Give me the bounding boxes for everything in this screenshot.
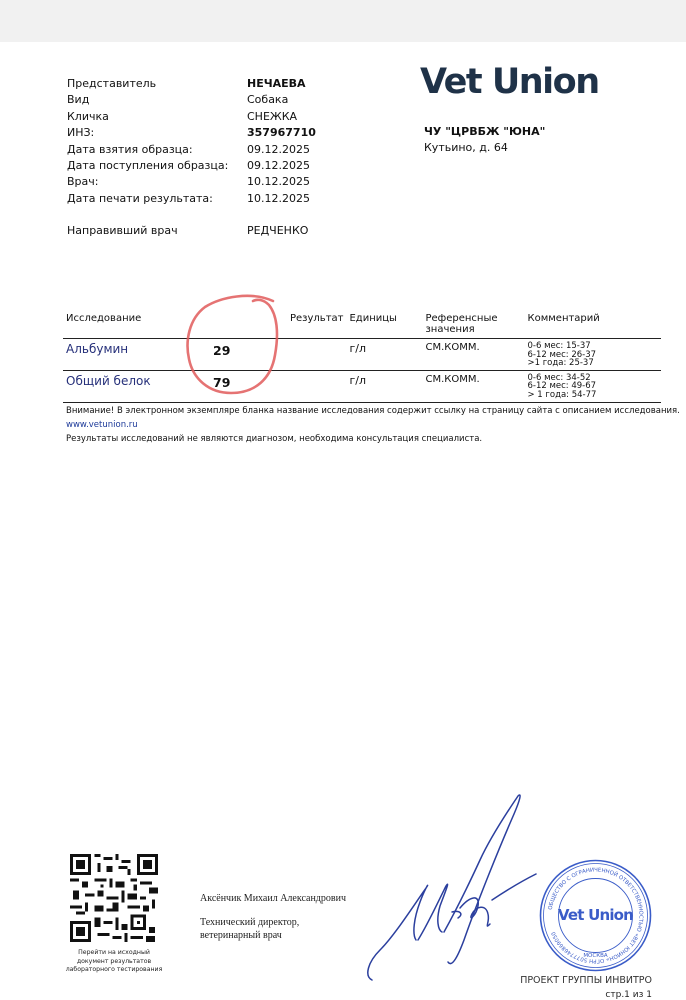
info-value: РЕДЧЕНКО	[247, 223, 308, 239]
info-value: 09.12.2025	[247, 142, 310, 158]
organization-name: ЧУ "ЦРВБЖ "ЮНА"	[424, 124, 545, 140]
test-link-total-protein[interactable]: Общий белок	[66, 374, 151, 388]
attention-note: Внимание! В электронном экземпляре бланк…	[66, 404, 680, 418]
header-test: Исследование	[63, 312, 207, 339]
info-row-inz: ИНЗ: 357967710	[67, 125, 316, 141]
viewer-top-bar	[0, 0, 686, 42]
info-value: 10.12.2025	[247, 174, 310, 190]
info-value: 09.12.2025	[247, 158, 310, 174]
page-number: стр.1 из 1	[520, 988, 652, 1000]
info-row-representative: Представитель НЕЧАЕВА	[67, 76, 316, 92]
info-label: Дата поступления образца:	[67, 158, 247, 174]
table-row: Общий белок 79 г/л СМ.КОММ. 0-6 мес: 34-…	[63, 370, 661, 402]
info-label: Представитель	[67, 76, 247, 92]
company-stamp: ОБЩЕСТВО С ОГРАНИЧЕННОЙ ОТВЕТСТВЕННОСТЬЮ…	[538, 858, 653, 973]
header-units: Единицы	[346, 312, 422, 339]
results-header-row: Исследование Результат Единицы Референсн…	[63, 312, 661, 339]
info-label: Направивший врач	[67, 223, 247, 239]
comment-cell: 0-6 мес: 15-37 6-12 мес: 26-37 >1 года: …	[524, 339, 661, 371]
website-link[interactable]: www.vetunion.ru	[66, 420, 138, 430]
info-value: 10.12.2025	[247, 191, 310, 207]
info-label: ИНЗ:	[67, 125, 247, 141]
disclaimer-note: Результаты исследований не являются диаг…	[66, 432, 680, 446]
header-reference: Референсные значения	[422, 312, 524, 339]
info-value: СНЕЖКА	[247, 109, 297, 125]
reference-value: СМ.КОММ.	[425, 374, 479, 385]
result-value: 29	[210, 343, 230, 358]
info-value: Собака	[247, 92, 288, 108]
signer-name: Аксёнчик Михаил Александрович	[200, 893, 346, 904]
info-row-nickname: Кличка СНЕЖКА	[67, 109, 316, 125]
test-link-albumin[interactable]: Альбумин	[66, 342, 128, 356]
info-label: Дата взятия образца:	[67, 142, 247, 158]
results-table: Исследование Результат Единицы Референсн…	[63, 312, 661, 403]
organization-address: Кутьино, д. 64	[424, 140, 545, 156]
footer: ПРОЕКТ ГРУППЫ ИНВИТРО стр.1 из 1	[520, 974, 652, 1000]
info-value: НЕЧАЕВА	[247, 76, 306, 92]
info-row-sample-date: Дата взятия образца: 09.12.2025	[67, 142, 316, 158]
stamp-center-text: Vet Union	[558, 906, 633, 924]
info-label: Дата печати результата:	[67, 191, 247, 207]
info-row-doctor: Врач: 10.12.2025	[67, 174, 316, 190]
info-label: Врач:	[67, 174, 247, 190]
result-value: 79	[210, 375, 230, 390]
table-row: Альбумин 29 г/л СМ.КОММ. 0-6 мес: 15-37 …	[63, 339, 661, 371]
reference-value: СМ.КОММ.	[425, 342, 479, 353]
info-row-species: Вид Собака	[67, 92, 316, 108]
signer-position: Технический директор, ветеринарный врач	[200, 916, 346, 942]
units-value: г/л	[349, 342, 366, 355]
vet-union-logo: Vet Union	[420, 62, 599, 102]
info-label: Кличка	[67, 109, 247, 125]
stamp-city: МОСКВА	[583, 953, 608, 959]
info-row-referring-doctor: Направивший врач РЕДЧЕНКО	[67, 223, 316, 239]
qr-caption: Перейти на исходный документ результатов…	[58, 949, 170, 975]
info-row-print-date: Дата печати результата: 10.12.2025	[67, 191, 316, 207]
header-comment: Комментарий	[524, 312, 661, 339]
info-value: 357967710	[247, 125, 316, 141]
patient-info: Представитель НЕЧАЕВА Вид Собака Кличка …	[67, 76, 316, 240]
header-result: Результат	[207, 312, 346, 339]
qr-code[interactable]	[70, 854, 158, 942]
info-row-receipt-date: Дата поступления образца: 09.12.2025	[67, 158, 316, 174]
signer-block: Аксёнчик Михаил Александрович Технически…	[200, 893, 346, 942]
organization-block: ЧУ "ЦРВБЖ "ЮНА" Кутьино, д. 64	[424, 124, 545, 156]
info-label: Вид	[67, 92, 247, 108]
notes-block: Внимание! В электронном экземпляре бланк…	[66, 404, 680, 446]
comment-cell: 0-6 мес: 34-52 6-12 мес: 49-67 > 1 года:…	[524, 370, 661, 402]
project-label: ПРОЕКТ ГРУППЫ ИНВИТРО	[520, 974, 652, 988]
units-value: г/л	[349, 374, 366, 387]
